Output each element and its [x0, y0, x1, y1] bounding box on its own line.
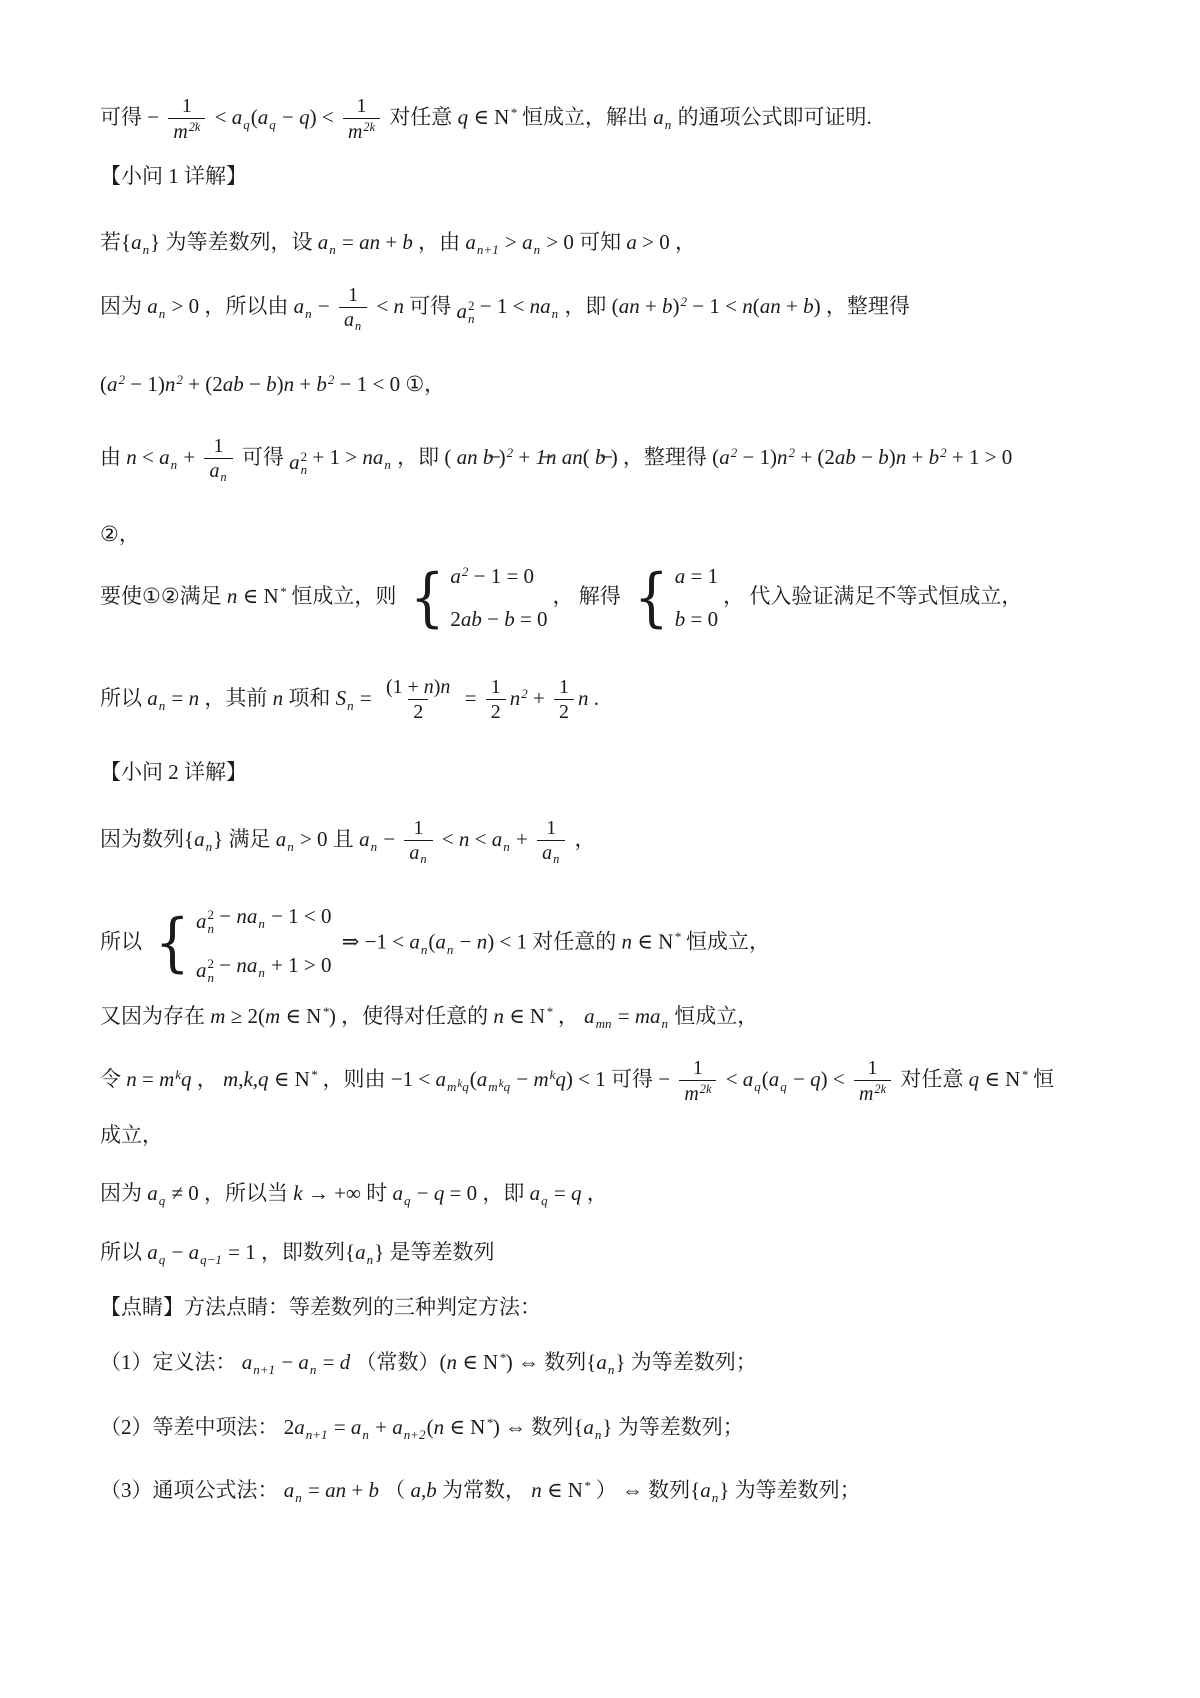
text-run: + — [370, 1415, 392, 1439]
fraction-denominator: m2k — [679, 1080, 716, 1106]
subscript: n — [595, 1427, 602, 1442]
math-italic-run: ab — [835, 445, 856, 469]
heading-subquestion-1: 【小问 1 详解】 — [100, 162, 1140, 191]
math-italic-run: q — [504, 1079, 511, 1094]
text-run: + — [346, 1478, 368, 1502]
line-proof-target: 可得 − 1m2k < aq(aq − q) < 1m2k 对任意 q ∈ N*… — [100, 95, 1140, 144]
text-run: = — [613, 1004, 635, 1028]
text-run: = — [137, 1067, 159, 1091]
text-run: ) ⇔ 数列 — [506, 1350, 587, 1374]
subscript: n — [295, 1490, 302, 1505]
text-run: 因为 — [100, 294, 147, 318]
fraction-numerator: (1 + n)n — [381, 676, 455, 699]
document-page: 可得 − 1m2k < aq(aq − q) < 1m2k 对任意 q ∈ N*… — [0, 0, 1200, 1698]
math-italic-run: b — [662, 294, 673, 318]
math-italic-run: a — [584, 1004, 595, 1028]
math-italic-run: q — [555, 1067, 566, 1091]
text-run: − — [214, 904, 236, 928]
text-run: ∈ N — [280, 1004, 321, 1028]
cases-group: {a2n − nan − 1 < 0a2n − nan + 1 > 0 — [152, 902, 331, 985]
text-run: （常数）( — [350, 1350, 446, 1374]
text-run: ， — [553, 1004, 585, 1028]
math-italic-run: b — [266, 372, 277, 396]
left-brace: { — [410, 570, 445, 628]
math-italic-run: a — [131, 230, 142, 254]
left-brace: { — [155, 915, 190, 973]
subscript: n — [171, 457, 178, 472]
subscript: n — [552, 306, 559, 321]
subscript: q — [754, 1079, 761, 1094]
text-run: 的通项公式即可证明. — [672, 105, 872, 129]
text-run: ） ⇔ 数列 — [590, 1478, 690, 1502]
text-run: < — [469, 827, 491, 851]
text-run: ，即 ( — [559, 294, 619, 318]
math-italic-run: m — [210, 1004, 225, 1028]
text-run: 所以 — [100, 929, 147, 953]
fraction-numerator: 1 — [863, 1057, 883, 1080]
math-italic-run: a — [700, 1478, 711, 1502]
text-run: } 满足 — [213, 827, 276, 851]
math-italic-run: ma — [635, 1004, 661, 1028]
text-run: 成立， — [100, 1123, 163, 1147]
math-italic-run: b — [426, 1478, 437, 1502]
text-run: < — [209, 105, 231, 129]
superscript: 2k — [700, 1082, 712, 1096]
text-run: ，由 — [413, 230, 466, 254]
line-limit-argument: 因为 aq ≠ 0 ，所以当 k → +∞ 时 aq − q = 0 ，即 aq… — [100, 1179, 1140, 1210]
text-run: 由 — [100, 445, 126, 469]
subscript: n — [384, 457, 391, 472]
text-run: + (2 — [183, 372, 223, 396]
subscript: n — [447, 942, 454, 957]
text-run: > 0 且 — [295, 827, 359, 851]
text-run: < — [137, 445, 159, 469]
math-italic-run: n — [189, 686, 200, 710]
text-run: . — [589, 686, 600, 710]
math-italic-run: q — [258, 1067, 269, 1091]
text-run: } 为等差数列； — [719, 1478, 860, 1502]
math-italic-run: a — [351, 1415, 362, 1439]
math-italic-run: ab — [223, 372, 244, 396]
math-italic-run: an — [562, 445, 583, 469]
math-italic-run: n — [510, 686, 521, 710]
math-italic-run: a — [456, 297, 467, 326]
text-run: 可得 — [237, 445, 290, 469]
subscript: q — [541, 1193, 548, 1208]
math-italic-run: a — [194, 827, 205, 851]
math-italic-run: n — [434, 1415, 445, 1439]
fraction-numerator: 1 — [554, 676, 574, 699]
sub-sup-group: a2n — [456, 297, 474, 326]
math-italic-run: a — [492, 827, 503, 851]
math-italic-run: n — [459, 827, 470, 851]
text-run: 恒成立， — [681, 929, 770, 953]
math-italic-run: m — [447, 1079, 456, 1094]
text-run: − 1 < — [687, 294, 742, 318]
math-italic-run: b — [803, 294, 814, 318]
math-italic-run: a — [147, 686, 158, 710]
math-italic-run: a — [209, 460, 219, 482]
sub-sup-group: a2n — [196, 956, 214, 985]
cases-row: a = 1 — [675, 562, 718, 591]
math-italic-run: S — [336, 686, 347, 710]
text-run: ) ，整理得 ( — [605, 445, 719, 469]
text-run: ) — [889, 445, 896, 469]
fraction-denominator: m2k — [343, 118, 380, 144]
math-italic-run: b — [929, 445, 940, 469]
text-run: ( — [251, 105, 258, 129]
text-run: ∈ N — [632, 929, 673, 953]
math-italic-run: a — [653, 105, 664, 129]
text-run: ) < — [821, 1067, 850, 1091]
subscript: n — [608, 1362, 615, 1377]
line-general-term-and-sum: 所以 an = n ，其前 n 项和 Sn = (1 + n)n2 = 12n2… — [100, 676, 1140, 724]
line-conclusion-arithmetic: 所以 aq − aq−1 = 1 ，即数列{an} 是等差数列 — [100, 1238, 1140, 1269]
math-italic-run: a — [159, 445, 170, 469]
fraction: (1 + n)n2 — [381, 676, 455, 724]
text-run: + — [380, 230, 402, 254]
cases-row: a2n − nan + 1 > 0 — [196, 951, 332, 986]
line-inequality-1-derivation: 因为 an > 0 ，所以由 an − 1an < n 可得 a2n − 1 <… — [100, 284, 1140, 333]
math-italic-run: n — [578, 686, 589, 710]
text-run: 恒成立， — [669, 1004, 758, 1028]
math-italic-run: a — [409, 842, 419, 864]
text-run: （ — [379, 1478, 411, 1502]
text-run: = 0 — [515, 607, 548, 631]
line-system-implication: 所以 {a2n − nan − 1 < 0a2n − nan + 1 > 0 ⇒… — [100, 902, 1140, 985]
text-run: + 1 > — [307, 445, 362, 469]
left-brace: { — [634, 570, 669, 628]
fraction-denominator: an — [204, 458, 232, 484]
math-italic-run: n — [126, 445, 137, 469]
text-run: = — [329, 1415, 351, 1439]
fraction-numerator: 1 — [541, 817, 561, 840]
text-run: = — [549, 1181, 571, 1205]
text-run: 若 — [100, 230, 121, 254]
math-italic-run: n — [777, 445, 788, 469]
text-run: = 1 — [685, 564, 718, 588]
math-italic-run: an — [457, 445, 478, 469]
math-italic-run: a — [522, 230, 533, 254]
text-run: + — [640, 294, 662, 318]
text-run: + — [178, 445, 200, 469]
math-italic-run: a — [344, 309, 354, 331]
line-inequality-1: (a2 − 1)n2 + (2ab − b)n + b2 − 1 < 0 ①， — [100, 370, 1140, 399]
text-run: （3）通项公式法： — [100, 1478, 284, 1502]
math-italic-run: a — [318, 230, 329, 254]
fraction-denominator: m2k — [854, 1080, 891, 1106]
subscript: n — [143, 242, 150, 257]
math-italic-run: a — [626, 230, 637, 254]
text-run: 因为 — [100, 1181, 147, 1205]
text-run: ( — [470, 1067, 477, 1091]
text-run: ) — [277, 372, 284, 396]
subscript: n+1 — [253, 1362, 275, 1377]
math-italic-run: a — [196, 956, 207, 985]
text-run: = 0 — [685, 607, 718, 631]
text-run: 项和 — [283, 686, 336, 710]
text-run: + (2 — [795, 445, 835, 469]
text-run: > 0 可知 — [541, 230, 626, 254]
sub-sup-group: a2n — [289, 448, 307, 477]
text-run: ∈ N — [504, 1004, 545, 1028]
text-run: ∈ N — [237, 584, 278, 608]
math-italic-run: k — [293, 1181, 302, 1205]
math-italic-run: a — [258, 105, 269, 129]
subscript: n — [159, 306, 166, 321]
math-italic-run: a — [359, 827, 370, 851]
math-italic-run: m — [859, 1083, 873, 1105]
math-italic-run: m — [533, 1067, 548, 1091]
text-run: 令 — [100, 1067, 126, 1091]
cases-rows: a = 1b = 0 — [675, 562, 718, 635]
math-italic-run: a — [189, 1240, 200, 1264]
text-run: − 1 < — [474, 294, 529, 318]
fraction-denominator: 2 — [408, 699, 428, 724]
math-italic-run: a — [743, 1067, 754, 1091]
text-run: ( — [753, 294, 760, 318]
text-run: − — [166, 1240, 188, 1264]
text-run: − 1 < 0 — [266, 904, 332, 928]
math-italic-run: a — [542, 842, 552, 864]
subscript: q — [243, 117, 250, 132]
text-run: ) < — [310, 105, 339, 129]
math-italic-run: a — [530, 1181, 541, 1205]
line-method-1-definition: （1）定义法： an+1 − an = d （常数）(n ∈ N*) ⇔ 数列{… — [100, 1348, 1140, 1379]
cases-row: b = 0 — [675, 605, 718, 634]
math-italic-run: ab — [461, 607, 482, 631]
fraction-numerator: 1 — [177, 95, 197, 118]
math-italic-run: m — [265, 1004, 280, 1028]
text-run: 所以 — [100, 1240, 147, 1264]
subscript: mkq — [488, 1079, 510, 1094]
line-substitution: 令 n = mkq ， m,k,q ∈ N* ，则由 −1 < amkq(amk… — [100, 1057, 1140, 1106]
text-run: ，即 ( — [392, 445, 457, 469]
math-italic-run: n — [493, 1004, 504, 1028]
subscript: n — [258, 965, 265, 980]
subscript: n — [534, 242, 541, 257]
text-run: { — [586, 1350, 596, 1374]
subscript: n — [347, 698, 354, 713]
fraction-denominator: 2 — [486, 699, 506, 724]
subscript: n — [503, 839, 510, 854]
subscript: mn — [596, 1016, 612, 1031]
text-run: = — [303, 1478, 325, 1502]
superscript: 2k — [874, 1082, 886, 1096]
line-exists-m: 又因为存在 m ≥ 2(m ∈ N*) ，使得对任意的 n ∈ N* ， amn… — [100, 1002, 1140, 1033]
text-run: − — [454, 929, 476, 953]
text-run: ， — [192, 1067, 224, 1091]
line-given-condition: 因为数列{an} 满足 an > 0 且 an − 1an < n < an +… — [100, 817, 1140, 866]
subscript: n — [553, 852, 559, 866]
math-italic-run: a — [392, 1415, 403, 1439]
math-italic-run: na — [530, 294, 551, 318]
text-run: − — [788, 1067, 810, 1091]
math-italic-run: n — [126, 1067, 137, 1091]
math-italic-run: a — [477, 1067, 488, 1091]
math-italic-run: q — [810, 1067, 821, 1091]
line-assume-arithmetic: 若{an} 为等差数列，设 an = an + b ，由 an+1 > an >… — [100, 228, 1140, 259]
math-italic-run: a — [450, 564, 461, 588]
subscript: q — [269, 117, 276, 132]
math-italic-run: a — [355, 1240, 366, 1264]
subscript: n — [362, 1427, 369, 1442]
math-italic-run: n — [447, 1350, 458, 1374]
subscript: q — [159, 1252, 166, 1267]
text-run: ) — [673, 294, 680, 318]
cases-row: 2ab − b = 0 — [450, 605, 547, 634]
math-italic-run: q — [571, 1181, 582, 1205]
subscript: n — [420, 852, 426, 866]
text-run: − — [214, 953, 236, 977]
line-continuation-chengli: 成立， — [100, 1121, 1140, 1150]
text-run: = — [337, 230, 359, 254]
text-run: − — [378, 827, 400, 851]
math-italic-run: a — [583, 1415, 594, 1439]
math-italic-run: a — [289, 448, 300, 477]
math-italic-run: an — [359, 230, 380, 254]
subscript: mkq — [447, 1079, 469, 1094]
text-run: ∈ N — [269, 1067, 310, 1091]
text-run: 要使①②满足 — [100, 584, 227, 608]
math-italic-run: a — [147, 1181, 158, 1205]
text-run: { — [573, 1415, 583, 1439]
math-italic-run: a — [276, 827, 287, 851]
math-italic-run: a — [298, 1350, 309, 1374]
text-run: ， — [582, 1181, 608, 1205]
text-run: − — [856, 445, 878, 469]
fraction-denominator: an — [404, 840, 432, 866]
text-run: 对任意 — [384, 105, 458, 129]
math-italic-run: an — [325, 1478, 346, 1502]
subscript: n — [305, 306, 312, 321]
math-italic-run: a — [719, 445, 730, 469]
subscript: q — [780, 1079, 787, 1094]
math-italic-run: m — [488, 1079, 497, 1094]
subscript: n — [355, 319, 361, 333]
text-run: < — [371, 294, 393, 318]
text-run: ， 代入验证满足不等式恒成立， — [723, 584, 1022, 608]
math-italic-run: d — [340, 1350, 351, 1374]
math-italic-run: a — [410, 1478, 421, 1502]
subscript: n+1 — [477, 242, 499, 257]
cases-group: {a2 − 1 = 02ab − b = 0 — [407, 562, 548, 635]
text-run: 因为数列 — [100, 827, 184, 851]
math-italic-run: m — [684, 1083, 698, 1105]
fraction: 1m2k — [168, 95, 205, 144]
text-run: − 1 < 0 ①， — [334, 372, 445, 396]
math-italic-run: n — [284, 372, 295, 396]
text-run: < — [437, 827, 459, 851]
text-run: ( — [762, 1067, 769, 1091]
subscript: n — [665, 117, 672, 132]
text-run: ∈ N — [979, 1067, 1020, 1091]
math-italic-run: a — [465, 230, 476, 254]
text-run: = — [166, 686, 188, 710]
math-italic-run: q — [969, 1067, 980, 1091]
fraction-numerator: 1 — [352, 95, 372, 118]
text-run: = — [459, 686, 481, 710]
text-run: > — [500, 230, 522, 254]
line-inequality-2-label: ②， — [100, 520, 1140, 549]
subscript: n — [662, 1016, 669, 1031]
math-italic-run: b — [675, 607, 686, 631]
subscript: n — [258, 916, 265, 931]
math-italic-run: b̶ — [483, 445, 494, 469]
text-run: } 为等差数列，设 — [150, 230, 318, 254]
math-italic-run: a — [294, 294, 305, 318]
cases-row: a2 − 1 = 0 — [450, 562, 547, 591]
math-italic-run: n — [742, 294, 753, 318]
text-run: { — [184, 827, 194, 851]
subscript: n — [421, 942, 428, 957]
fraction: 1an — [204, 435, 232, 484]
text-run: − 1) — [125, 372, 165, 396]
math-italic-run: q — [181, 1067, 192, 1091]
text-run: 为常数， — [437, 1478, 532, 1502]
fraction-numerator: 1 — [343, 284, 363, 307]
fraction-numerator: 1 — [409, 817, 429, 840]
fraction: 12 — [554, 676, 574, 724]
math-italic-run: a — [147, 294, 158, 318]
cases-rows: a2n − nan − 1 < 0a2n − nan + 1 > 0 — [196, 902, 332, 985]
math-italic-run: a — [435, 1067, 446, 1091]
subscript: n — [206, 839, 213, 854]
fraction-denominator: an — [339, 307, 367, 333]
text-run: − — [277, 105, 299, 129]
fraction: 1an — [339, 284, 367, 333]
text-run: + 1 > 0 — [947, 445, 1013, 469]
text-run: 可得 − — [100, 105, 164, 129]
text-run: + — [513, 445, 535, 469]
text-run: 又因为存在 — [100, 1004, 210, 1028]
fraction: 1an — [537, 817, 565, 866]
fraction-denominator: an — [537, 840, 565, 866]
math-italic-run: a — [675, 564, 686, 588]
text-run: > 0 ，所以由 — [166, 294, 293, 318]
text-run: } 为等差数列； — [615, 1350, 756, 1374]
math-italic-run: n — [165, 372, 176, 396]
math-italic-run: an — [619, 294, 640, 318]
math-italic-run: a — [242, 1350, 253, 1374]
text-run: } 为等差数列； — [602, 1415, 743, 1439]
text-run: ) < 1 对任意的 — [487, 929, 621, 953]
text-run: + — [511, 827, 533, 851]
math-italic-run: an — [760, 294, 781, 318]
subscript: n+2 — [404, 1427, 426, 1442]
subscript: n — [371, 839, 378, 854]
subscript: n — [159, 698, 166, 713]
math-italic-run: 1̶n — [535, 445, 556, 469]
text-run: − 1) — [737, 445, 777, 469]
text-run: 【小问 1 详解】 — [100, 164, 247, 188]
subscript: n — [712, 1490, 719, 1505]
math-italic-run: b — [316, 372, 327, 396]
math-italic-run: q — [458, 105, 469, 129]
text-run: − — [511, 1067, 533, 1091]
subscript: q — [159, 1193, 166, 1208]
math-italic-run: b — [368, 1478, 379, 1502]
text-run: ， 解得 — [553, 584, 627, 608]
subscript: n — [329, 242, 336, 257]
text-run: 可得 — [404, 294, 457, 318]
text-run: 恒成立，则 — [286, 584, 402, 608]
heading-subquestion-2: 【小问 2 详解】 — [100, 758, 1140, 787]
text-run: ) ，使得对任意的 — [329, 1004, 494, 1028]
text-run: 恒 — [1028, 1067, 1054, 1091]
text-run: < — [720, 1067, 742, 1091]
math-italic-run: b — [402, 230, 413, 254]
